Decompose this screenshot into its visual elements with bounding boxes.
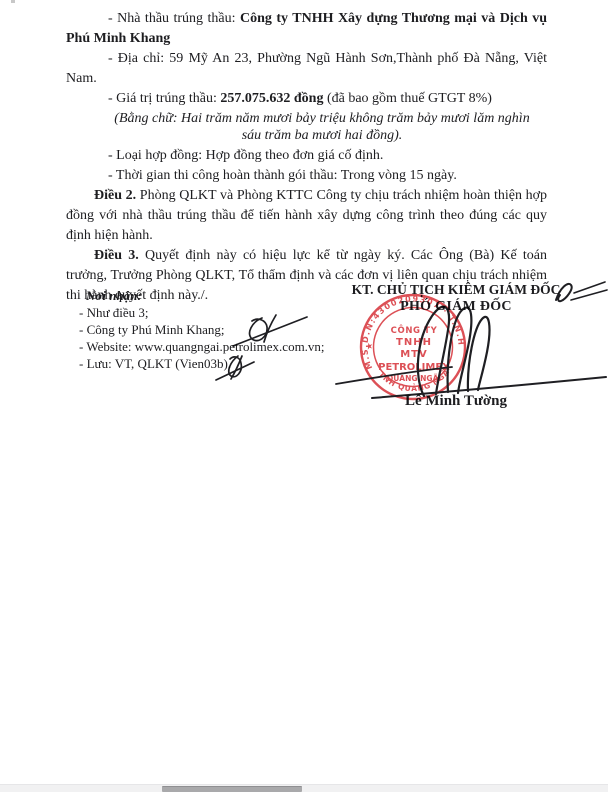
contractor-line: - Nhà thầu trúng thầu: Công ty TNHH Xây … [66, 9, 547, 49]
horizontal-scrollbar-thumb[interactable] [162, 786, 302, 792]
recipients-heading: Nơi nhận: [79, 287, 329, 304]
article-2-label: Điều 2. [94, 188, 136, 203]
document-body: - Nhà thầu trúng thầu: Công ty TNHH Xây … [66, 9, 547, 306]
signer-title-line2: PHÓ GIÁM ĐỐC [334, 298, 578, 315]
article-2-text: Phòng QLKT và Phòng KTTC Công ty chịu tr… [66, 188, 547, 243]
signer-name: Lê Minh Tường [334, 393, 578, 410]
duration-line: - Thời gian thi công hoàn thành gói thầu… [66, 166, 547, 186]
article-3-label: Điều 3. [94, 248, 139, 263]
stamp-center-line4: PETROLIMEX [378, 362, 450, 373]
contractor-label: - Nhà thầu trúng thầu: [108, 11, 240, 26]
recipient-item: - Website: www.quangngai.petrolimex.com.… [79, 338, 329, 355]
recipients-block: Nơi nhận: - Như điều 3; - Công ty Phú Mi… [79, 287, 329, 372]
stamp-center-line2: TNHH [396, 337, 432, 348]
bid-value-suffix: (đã bao gồm thuế GTGT 8%) [323, 91, 491, 106]
bid-value-line: - Giá trị trúng thầu: 257.075.632 đồng (… [66, 89, 547, 109]
stamp-center-line3: MTV [400, 349, 428, 360]
director-signature-icon [336, 307, 489, 396]
stamp-center-line1: CÔNG TY [391, 324, 438, 336]
recipient-item: - Lưu: VT, QLKT (Vien03b). [79, 355, 329, 372]
amount-in-words: (Bằng chữ: Hai trăm năm mươi bảy triệu k… [104, 110, 540, 144]
recipient-item: - Công ty Phú Minh Khang; [79, 321, 329, 338]
stamp-star-icon: ★ [364, 340, 374, 352]
document-page: - Nhà thầu trúng thầu: Công ty TNHH Xây … [0, 0, 608, 792]
bid-value-label: - Giá trị trúng thầu: [108, 91, 220, 106]
address-line: - Địa chỉ: 59 Mỹ An 23, Phường Ngũ Hành … [66, 49, 547, 89]
contract-type-line: - Loại hợp đồng: Hợp đồng theo đơn giá c… [66, 146, 547, 166]
signature-titles: KT. CHỦ TỊCH KIÊM GIÁM ĐỐC PHÓ GIÁM ĐỐC [334, 281, 578, 315]
scan-artifact [11, 0, 15, 3]
bid-value-amount: 257.075.632 đồng [220, 91, 323, 106]
horizontal-scrollbar-track[interactable] [0, 784, 608, 792]
signer-title-line1: KT. CHỦ TỊCH KIÊM GIÁM ĐỐC [334, 281, 578, 298]
stamp-center-line5: QUẢNG NGÃI [387, 373, 442, 383]
recipient-item: - Như điều 3; [79, 304, 329, 321]
article-2: Điều 2. Phòng QLKT và Phòng KTTC Công ty… [66, 186, 547, 246]
